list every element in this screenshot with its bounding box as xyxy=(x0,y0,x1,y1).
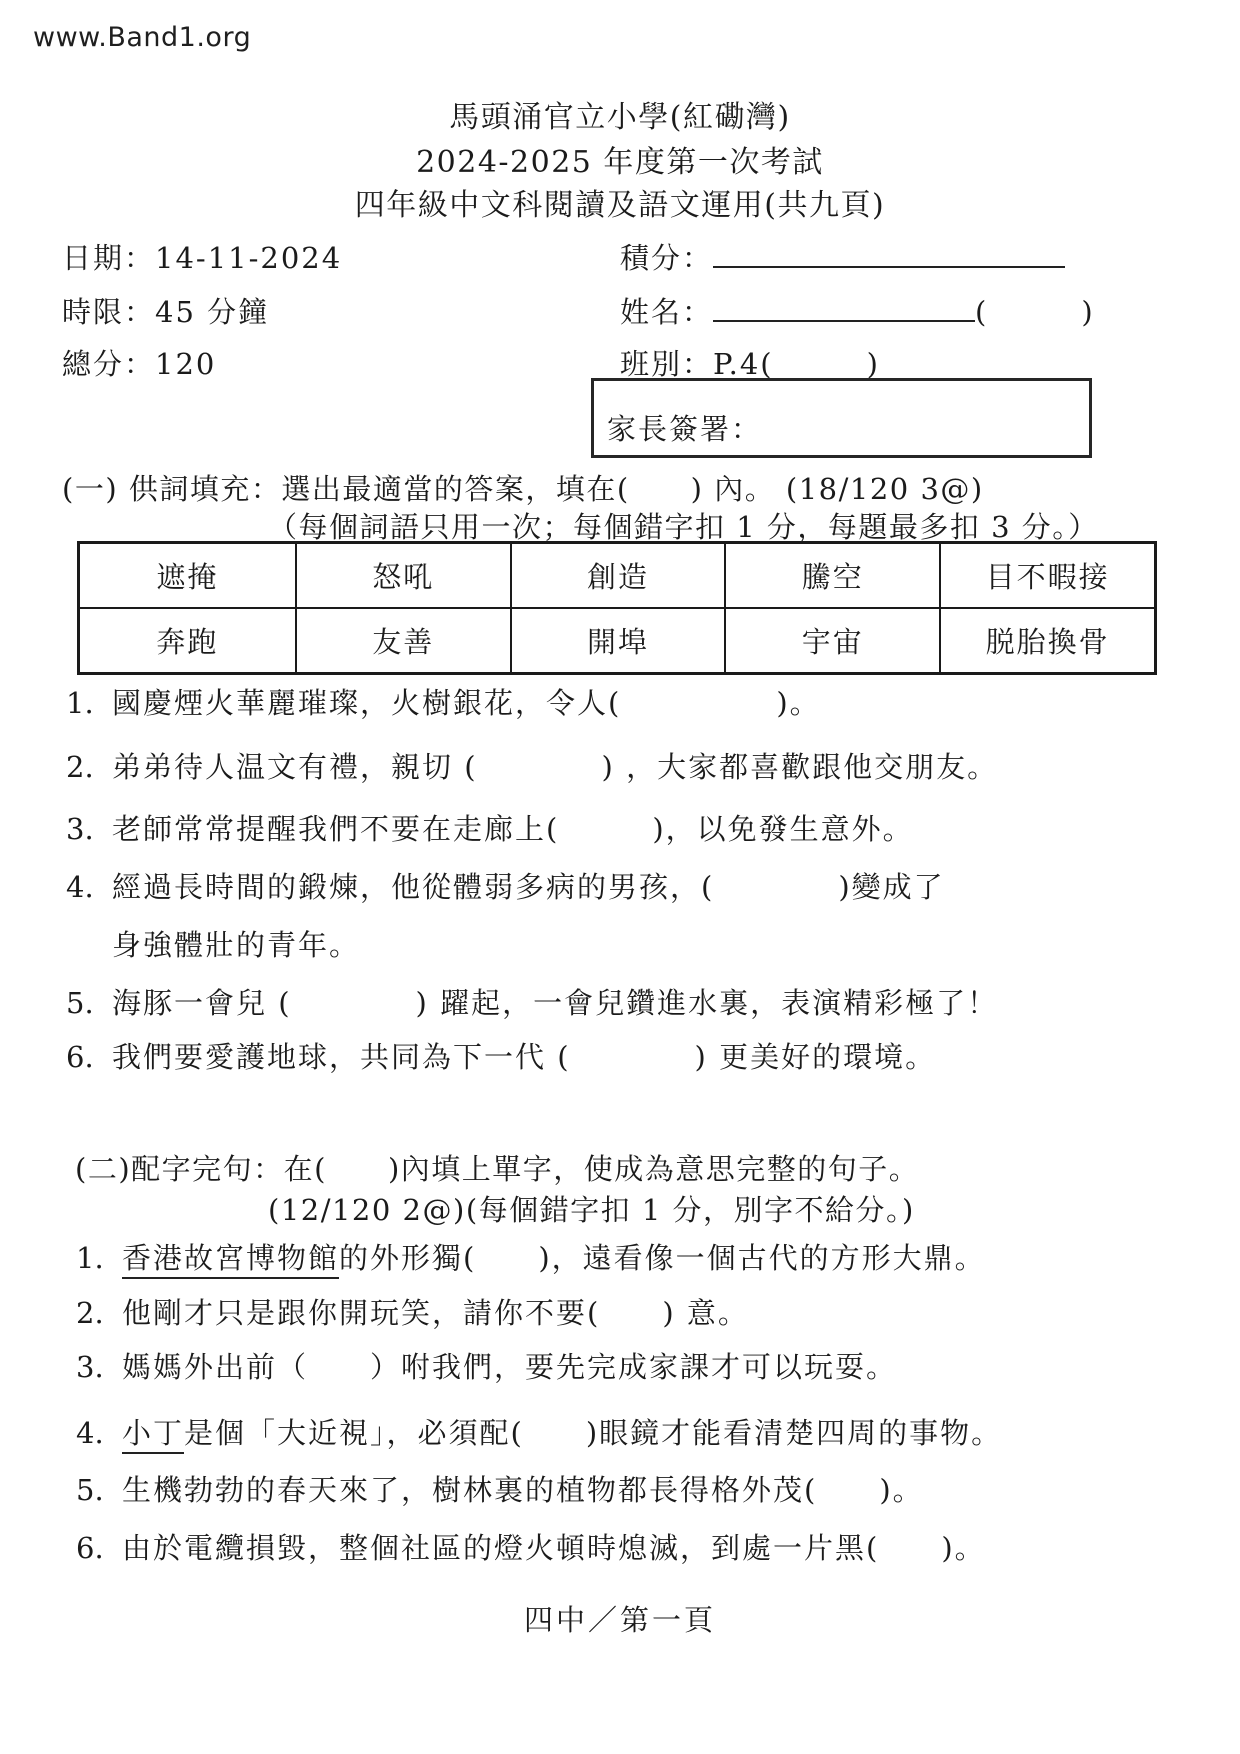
name-blank xyxy=(713,291,975,322)
question-number: 4. xyxy=(66,858,112,916)
question-text: 香港故宮博物館的外形獨( )，遠看像一個古代的方形大鼎。 xyxy=(122,1229,986,1287)
question-number: 2. xyxy=(66,738,112,796)
question-number: 3. xyxy=(66,800,112,858)
wordbank-cell: 怒吼 xyxy=(295,544,510,607)
site-watermark: www.Band1.org xyxy=(33,22,251,53)
question-text: 生機勃勃的春天來了，樹林裏的植物都長得格外茂( )。 xyxy=(122,1461,924,1519)
question-number: 4. xyxy=(76,1404,122,1462)
class-label: 班別：P.4( ) xyxy=(620,342,880,383)
score-label: 積分： xyxy=(620,241,713,275)
question-item: 1. 香港故宮博物館的外形獨( )，遠看像一個古代的方形大鼎。 xyxy=(76,1229,1206,1287)
section2-note: (12/120 2@)(每個錯字扣 1 分，別字不給分。) xyxy=(268,1188,915,1229)
parent-signature-box: 家長簽署： xyxy=(591,378,1092,458)
question-item: 4. 經過長時間的鍛煉，他從體弱多病的男孩，( )變成了 身強體壯的青年。 xyxy=(66,858,1196,974)
question-item: 2. 弟弟待人温文有禮，親切 ( ) ，大家都喜歡跟他交朋友。 xyxy=(66,738,1196,796)
section2-heading: (二)配字完句：在( )內填上單字，使成為意思完整的句子。 xyxy=(75,1147,919,1188)
paper-title: 四年級中文科閱讀及語文運用(共九頁) xyxy=(0,180,1240,224)
question-item: 5. 海豚一會兒 ( ) 躍起，一會兒鑽進水裏，表演精彩極了！ xyxy=(66,974,1196,1032)
question-item: 1. 國慶煙火華麗璀璨，火樹銀花，令人( )。 xyxy=(66,674,1196,732)
name-label: 姓名： xyxy=(620,295,713,329)
question-number: 6. xyxy=(76,1519,122,1577)
question-number: 1. xyxy=(66,674,112,732)
question-item: 2. 他剛才只是跟你開玩笑，請你不要( ) 意。 xyxy=(76,1284,1206,1342)
score-blank xyxy=(713,237,1065,268)
question-number: 2. xyxy=(76,1284,122,1342)
time-limit-label: 時限：45 分鐘 xyxy=(62,290,269,331)
question-text: 媽媽外出前（ ）咐我們，要先完成家課才可以玩耍。 xyxy=(122,1338,897,1396)
wordbank-table: 遮掩 怒吼 創造 騰空 目不暇接 奔跑 友善 開埠 宇宙 脱胎換骨 xyxy=(77,541,1157,675)
total-score-label: 總分：120 xyxy=(62,342,216,383)
exam-paper-page: www.Band1.org 馬頭涌官立小學(紅磡灣) 2024-2025 年度第… xyxy=(0,0,1240,1754)
wordbank-cell: 脱胎換骨 xyxy=(939,607,1154,672)
question-number: 1. xyxy=(76,1229,122,1287)
question-text: 我們要愛護地球，共同為下一代 ( ) 更美好的環境。 xyxy=(112,1028,936,1086)
question-item: 5. 生機勃勃的春天來了，樹林裏的植物都長得格外茂( )。 xyxy=(76,1461,1206,1519)
parent-signature-label: 家長簽署： xyxy=(607,407,762,448)
question-item: 4. 小丁是個「大近視」，必須配( )眼鏡才能看清楚四周的事物。 xyxy=(76,1404,1206,1462)
underlined-term: 小丁 xyxy=(122,1416,184,1454)
question-text: 弟弟待人温文有禮，親切 ( ) ，大家都喜歡跟他交朋友。 xyxy=(112,738,998,796)
question-number: 5. xyxy=(66,974,112,1032)
score-row: 積分： xyxy=(620,236,1065,277)
question-text: 經過長時間的鍛煉，他從體弱多病的男孩，( )變成了 身強體壯的青年。 xyxy=(112,858,945,974)
question-text: 他剛才只是跟你開玩笑，請你不要( ) 意。 xyxy=(122,1284,749,1342)
wordbank-cell: 騰空 xyxy=(724,544,939,607)
school-name: 馬頭涌官立小學(紅磡灣) xyxy=(0,92,1240,136)
date-label: 日期：14-11-2024 xyxy=(62,236,342,277)
name-paren: ( ) xyxy=(975,295,1095,329)
question-text: 海豚一會兒 ( ) 躍起，一會兒鑽進水裏，表演精彩極了！ xyxy=(112,974,998,1032)
exam-title: 2024-2025 年度第一次考試 xyxy=(0,137,1240,181)
question-number: 6. xyxy=(66,1028,112,1086)
wordbank-cell: 目不暇接 xyxy=(939,544,1154,607)
wordbank-cell: 創造 xyxy=(510,544,725,607)
question-item: 3. 媽媽外出前（ ）咐我們，要先完成家課才可以玩耍。 xyxy=(76,1338,1206,1396)
name-row: 姓名：( ) xyxy=(620,290,1095,331)
footer-page-label: 四中／第一頁 xyxy=(0,1598,1240,1639)
underlined-term: 香港故宮博物館 xyxy=(122,1241,339,1279)
question-item: 3. 老師常常提醒我們不要在走廊上( )，以免發生意外。 xyxy=(66,800,1196,858)
wordbank-cell: 開埠 xyxy=(510,607,725,672)
wordbank-cell: 奔跑 xyxy=(80,607,295,672)
wordbank-cell: 遮掩 xyxy=(80,544,295,607)
section1-heading: (一) 供詞填充：選出最適當的答案，填在( ) 內。 (18/120 3@) xyxy=(62,467,984,508)
wordbank-cell: 宇宙 xyxy=(724,607,939,672)
wordbank-cell: 友善 xyxy=(295,607,510,672)
question-text: 由於電纜損毀，整個社區的燈火頓時熄滅，到處一片黑( )。 xyxy=(122,1519,986,1577)
section1-note: （每個詞語只用一次；每個錯字扣 1 分，每題最多扣 3 分。） xyxy=(268,505,1099,546)
question-text: 國慶煙火華麗璀璨，火樹銀花，令人( )。 xyxy=(112,674,821,732)
question-item: 6. 我們要愛護地球，共同為下一代 ( ) 更美好的環境。 xyxy=(66,1028,1196,1086)
question-item: 6. 由於電纜損毀，整個社區的燈火頓時熄滅，到處一片黑( )。 xyxy=(76,1519,1206,1577)
question-number: 3. xyxy=(76,1338,122,1396)
question-number: 5. xyxy=(76,1461,122,1519)
question-text: 老師常常提醒我們不要在走廊上( )，以免發生意外。 xyxy=(112,800,914,858)
question-text: 小丁是個「大近視」，必須配( )眼鏡才能看清楚四周的事物。 xyxy=(122,1404,1002,1462)
